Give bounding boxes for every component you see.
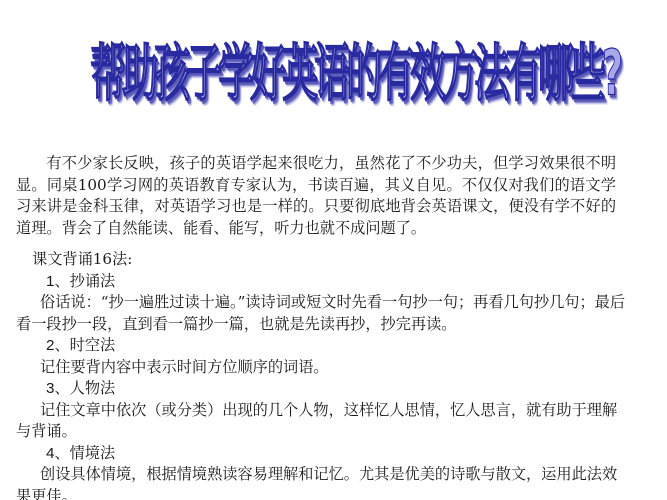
- recitation-methods-section: 课文背诵16法: 1、抄诵法 俗话说：“抄一遍胜过读十遍。”读诗词或短文时先看一…: [32, 249, 632, 500]
- method-title: 2、时空法: [32, 335, 632, 357]
- method-item: 1、抄诵法 俗话说：“抄一遍胜过读十遍。”读诗词或短文时先看一句抄一句；再看几句…: [32, 271, 632, 336]
- method-item: 2、时空法 记住要背内容中表示时间方位顺序的词语。: [32, 335, 632, 378]
- intro-paragraph: 有不少家长反映，孩子的英语学起来很吃力，虽然花了不少功夫，但学习效果很不明显。同…: [16, 153, 616, 239]
- method-item: 4、情境法 创设具体情境，根据情境熟读容易理解和记忆。尤其是优美的诗歌与散文，运…: [32, 443, 632, 500]
- section-heading: 课文背诵16法:: [32, 249, 632, 271]
- page-title: 帮助孩子学好英语的有效方法有哪些?: [90, 42, 589, 104]
- method-title: 3、人物法: [32, 378, 632, 400]
- method-body: 记住要背内容中表示时间方位顺序的词语。: [16, 357, 632, 379]
- method-title: 1、抄诵法: [32, 271, 632, 293]
- method-body: 记住文章中依次（或分类）出现的几个人物，这样忆人思情，忆人思言，就有助于理解与背…: [16, 400, 632, 443]
- method-body: 创设具体情境，根据情境熟读容易理解和记忆。尤其是优美的诗歌与散文，运用此法效果更…: [16, 464, 632, 500]
- method-item: 3、人物法 记住文章中依次（或分类）出现的几个人物，这样忆人思情，忆人思言，就有…: [32, 378, 632, 443]
- method-body: 俗话说：“抄一遍胜过读十遍。”读诗词或短文时先看一句抄一句；再看几句抄几句；最后…: [16, 292, 632, 335]
- method-title: 4、情境法: [32, 443, 632, 465]
